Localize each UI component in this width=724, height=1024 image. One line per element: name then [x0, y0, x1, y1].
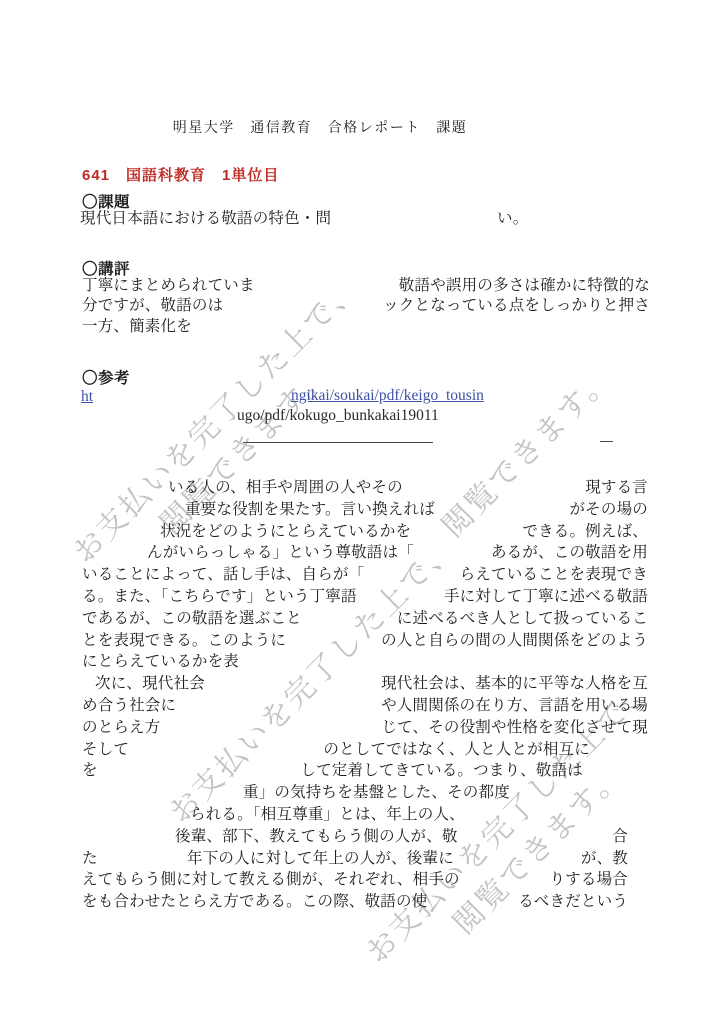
- body-line-18-frag-0: えてもらう側に対して教える側が、それぞれ、相手の: [82, 872, 460, 888]
- body-line-6-frag-1: に述べるべき人として扱っているこ: [397, 611, 648, 627]
- body-line-15-frag-0: られる。「相互尊重」とは、年上の人、: [190, 807, 465, 823]
- body-line-4-frag-0: いることによって、話し手は、自らが「: [82, 567, 364, 583]
- body-line-9-frag-1: 現代社会は、基本的に平等な人格を互: [381, 676, 648, 692]
- body-line-19-frag-1: るべきだという: [518, 894, 628, 910]
- reference-url-kokugo-bunkakai: ugo/pdf/kokugo_bunkakai19011: [237, 407, 439, 425]
- divider-line: [243, 442, 433, 443]
- body-line-8-frag-0: にとらえているかを表: [82, 654, 239, 670]
- divider-dash: [600, 441, 613, 442]
- section-heading-sankou: 〇参考: [82, 366, 130, 388]
- body-line-19-frag-0: をも合わせたとらえ方である。この際、敬語の使: [82, 894, 427, 910]
- body-line-17-frag-2: が、教: [581, 851, 628, 867]
- body-line-7-frag-0: とを表現できる。このように: [82, 633, 286, 649]
- body-line-17-frag-1: 年下の人に対して年上の人が、後輩に: [187, 851, 454, 867]
- document-title: 明星大学 通信教育 合格レポート 課題: [0, 117, 640, 137]
- body-line-1-frag-0: 重要な役割を果たす。言い換えれば: [185, 502, 435, 518]
- body-line-13-frag-0: を: [82, 763, 98, 779]
- body-line-18-frag-1: りする場合: [549, 872, 628, 888]
- body-line-16-frag-1: 合: [612, 829, 628, 845]
- kouhyou-line-1-left: 分ですが、敬語のは: [82, 298, 223, 314]
- kouhyou-line-0-right: 敬語や誤用の多さは確かに特徴的な: [399, 278, 650, 294]
- body-line-2-frag-0: 状況をどのようにとらえているかを: [160, 524, 411, 540]
- body-line-11-frag-1: じて、その役割や性格を変化させて現: [381, 720, 648, 736]
- body-line-11-frag-0: のとらえ方: [82, 720, 161, 736]
- kadai-text-left: 現代日本語における敬語の特色・問: [80, 211, 331, 227]
- body-line-4-frag-1: らえていることを表現でき: [460, 567, 648, 583]
- body-line-14-frag-0: 重」の気持ちを基盤とした、その都度: [243, 785, 510, 801]
- kouhyou-line-1-right: ックとなっている点をしっかりと押さ: [383, 298, 650, 314]
- body-line-5-frag-1: 手に対して丁寧に述べる敬語: [444, 589, 648, 605]
- body-line-3-frag-1: あるが、この敬語を用: [491, 545, 648, 561]
- body-line-10-frag-1: や人間関係の在り方、言語を用いる場: [381, 698, 648, 714]
- body-line-2-frag-1: できる。例えば、: [522, 524, 648, 540]
- body-line-12-frag-0: そして: [82, 742, 129, 758]
- body-line-16-frag-0: 後輩、部下、教えてもらう側の人が、敬: [175, 829, 458, 845]
- reference-url-prefix[interactable]: ht: [81, 388, 93, 406]
- body-line-10-frag-0: め合う社会に: [82, 698, 176, 714]
- kouhyou-line-0-left: 丁寧にまとめられていま: [82, 278, 255, 294]
- kadai-text-right: い。: [497, 211, 528, 227]
- body-line-0-frag-0: いる人の、相手や周囲の人やその: [168, 480, 403, 496]
- body-line-12-frag-1: のとしてではなく、人と人とが相互に: [323, 742, 590, 758]
- body-line-5-frag-0: る。また、「こちらです」という丁寧語: [82, 589, 357, 605]
- body-line-6-frag-0: であるが、この敬語を選ぶこと: [82, 611, 302, 627]
- kouhyou-line-2-left: 一方、簡素化を: [82, 319, 192, 335]
- body-line-3-frag-0: んがいらっしゃる」という尊敬語は「: [147, 545, 414, 561]
- course-heading: 641 国語科教育 1単位目: [82, 164, 279, 185]
- body-line-17-frag-0: た: [82, 851, 98, 867]
- body-line-7-frag-1: の人と自らの間の人間関係をどのよう: [381, 633, 648, 649]
- body-line-1-frag-1: がその場の: [569, 502, 648, 518]
- section-heading-kouhyou: 〇講評: [82, 257, 130, 279]
- document-page: お支払いを完了した上で、閲覧できます。閲覧できます。お支払いを完了した上で、お支…: [0, 0, 724, 1024]
- section-heading-kadai: 〇課題: [82, 190, 130, 212]
- body-line-13-frag-1: して定着してきている。つまり、敬語は: [300, 763, 583, 779]
- body-line-0-frag-1: 現する言: [585, 480, 648, 496]
- reference-url-keigo-tousin[interactable]: ngikai/soukai/pdf/keigo_tousin: [291, 387, 484, 405]
- body-line-9-frag-0: 次に、現代社会: [95, 676, 205, 692]
